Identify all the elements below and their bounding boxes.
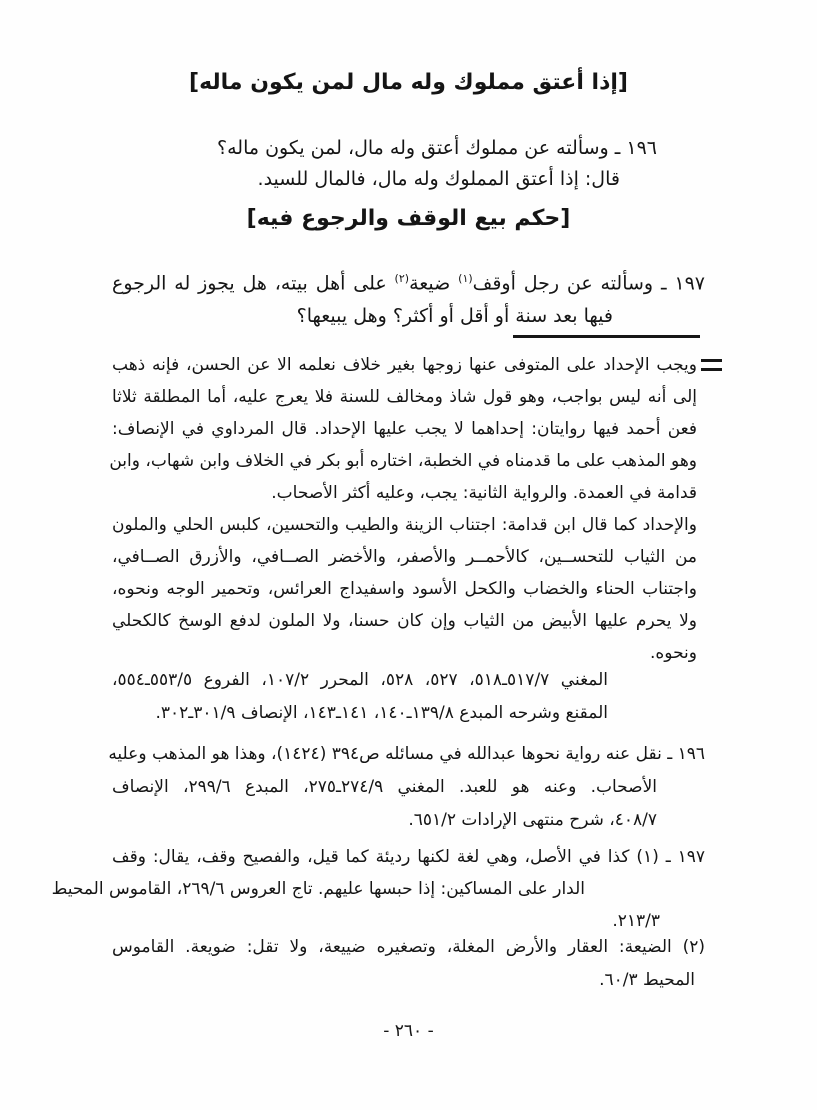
footnote-continuation-block: ويجب الإحداد على المتوفى عنها زوجها بغير… [112,349,697,669]
footnote-cont-line: من الثياب للتحســين، كالأحمــر والأصفر، … [112,541,697,573]
footnote-cont-line: ويجب الإحداد على المتوفى عنها زوجها بغير… [112,349,697,381]
continuation-equals-mark [701,359,722,371]
paragraph-197-line1: ١٩٧ ـ وسألته عن رجل أوقف(١) ضيعة(٢) على … [112,262,705,300]
paragraph-197-line2: فيها بعد سنة أو أقل أو أكثر؟ وهل يبيعها؟ [112,300,613,333]
section-heading-manumission: [إذا أعتق مملوك وله مال لمن يكون ماله] [0,70,817,95]
footnote-cont-line: والإحداد كما قال ابن قدامة: اجتناب الزين… [112,509,697,541]
footnote-marker-1: (١) [458,272,473,285]
footnote-cont-line: واجتناب الحناء والخضاب والكحل الأسود واس… [112,573,697,605]
footnote-2-line: المحيط ٦٠/٣. [112,964,695,997]
paragraph-197-text-a: ١٩٧ ـ وسألته عن رجل أوقف [473,272,705,294]
references-line: المغني ٥١٧/٧ـ٥١٨، ٥٢٧، ٥٢٨، المحرر ١٠٧/٢… [112,664,608,697]
paragraph-197-text-b: ضيعة [409,272,458,294]
footnote-197-line: ١٩٧ ـ (١) كذا في الأصل، وهي لغة لكنها رد… [112,841,705,873]
paragraph-197-text-c: على أهل بيته، هل يجوز له الرجوع [112,272,395,294]
footnote-196-line: ٤٠٨/٧، شرح منتهى الإرادات ٦٥١/٢. [112,804,657,837]
footnote-cont-line: وهو المذهب على ما قدمناه في الخطبة، اختا… [112,445,697,477]
paragraph-196: ١٩٦ ـ وسألته عن مملوك أعتق وله مال، لمن … [177,133,657,195]
footnote-cont-line: قدامة في العمدة. والرواية الثانية: يجب، … [112,477,697,509]
references-line: المقنع وشرحه المبدع ١٣٩/٨ـ١٤٠، ١٤١ـ١٤٣، … [112,697,608,730]
footnote-197-block: ١٩٧ ـ (١) كذا في الأصل، وهي لغة لكنها رد… [112,841,705,937]
footnote-196-line: ١٩٦ ـ نقل عنه رواية نحوها عبدالله في مسا… [112,738,705,771]
book-page: [إذا أعتق مملوك وله مال لمن يكون ماله] ١… [0,0,817,1110]
footnote-separator-line [513,335,700,338]
footnote-cont-line: ولا يحرم عليها الأبيض من الثياب وإن كان … [112,605,697,637]
footnote-cont-line: إلى أنه ليس بواجب، وهو قول شاذ ومخالف لل… [112,381,697,413]
paragraph-196-line2: قال: إذا أعتق المملوك وله مال، فالمال لل… [177,164,620,195]
footnote-197-line: الدار على المساكين: إذا حبسها عليهم. تاج… [112,873,585,905]
footnote-references-block: المغني ٥١٧/٧ـ٥١٨، ٥٢٧، ٥٢٨، المحرر ١٠٧/٢… [112,664,608,730]
page-number: - ٢٦٠ - [0,1021,817,1041]
footnote-marker-2: (٢) [395,272,410,285]
footnote-196-line: الأصحاب. وعنه هو للعبد. المغني ٢٧٤/٩ـ٢٧٥… [112,771,657,804]
section-heading-waqf: [حكم بيع الوقف والرجوع فيه] [0,206,817,231]
footnote-2-block: (٢) الضيعة: العقار والأرض المغلة، وتصغير… [112,931,705,997]
paragraph-197: ١٩٧ ـ وسألته عن رجل أوقف(١) ضيعة(٢) على … [112,262,705,333]
footnote-cont-line: فعن أحمد فيها روايتان: إحداهما لا يجب عل… [112,413,697,445]
footnote-196-block: ١٩٦ ـ نقل عنه رواية نحوها عبدالله في مسا… [112,738,705,837]
footnote-2-line: (٢) الضيعة: العقار والأرض المغلة، وتصغير… [112,931,705,964]
paragraph-196-line1: ١٩٦ ـ وسألته عن مملوك أعتق وله مال، لمن … [177,133,657,164]
